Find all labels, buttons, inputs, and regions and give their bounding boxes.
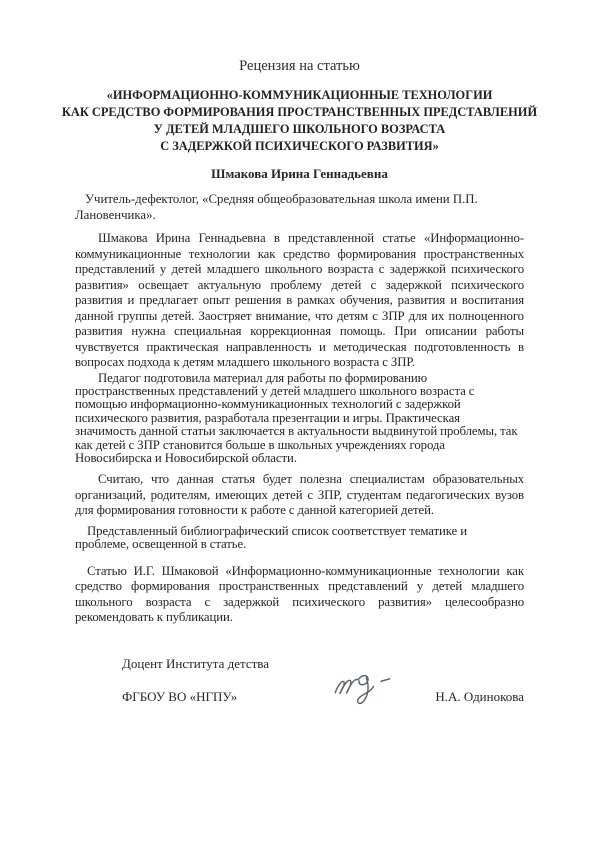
article-title-line-3: У ДЕТЕЙ МЛАДШЕГО ШКОЛЬНОГО ВОЗРАСТА [47, 121, 552, 138]
article-title: «ИНФОРМАЦИОННО-КОММУНИКАЦИОННЫЕ ТЕХНОЛОГ… [47, 87, 552, 155]
review-paragraph-4: Представленный библиографический список … [75, 525, 524, 552]
review-document-page: Рецензия на статью «ИНФОРМАЦИОННО-КОММУН… [0, 0, 600, 848]
author-name: Шмакова Ирина Геннадьевна [75, 166, 524, 182]
article-title-line-2: КАК СРЕДСТВО ФОРМИРОВАНИЯ ПРОСТРАНСТВЕНН… [47, 104, 552, 121]
review-heading: Рецензия на статью [75, 57, 524, 76]
author-position: Учитель-дефектолог, «Средняя общеобразов… [75, 191, 524, 223]
review-paragraph-5: Статью И.Г. Шмаковой «Информационно-комм… [75, 564, 524, 626]
signer-role: Доцент Института детства [122, 656, 524, 672]
signer-name: Н.А. Одинокова [435, 689, 524, 705]
signature-row: ФГБОУ ВО «НГПУ» Н.А. Одинокова [75, 689, 524, 705]
review-paragraph-1: Шмакова Ирина Геннадьевна в представленн… [75, 231, 524, 371]
review-paragraph-2: Педагог подготовила материал для работы … [75, 372, 524, 466]
document-body: Рецензия на статью «ИНФОРМАЦИОННО-КОММУН… [0, 0, 600, 705]
review-paragraph-3: Считаю, что данная статья будет полезна … [75, 472, 524, 519]
article-title-line-1: «ИНФОРМАЦИОННО-КОММУНИКАЦИОННЫЕ ТЕХНОЛОГ… [47, 87, 552, 104]
signer-organization: ФГБОУ ВО «НГПУ» [122, 689, 237, 705]
handwritten-signature-icon [330, 665, 394, 709]
signature-block: Доцент Института детства ФГБОУ ВО «НГПУ»… [75, 656, 524, 705]
article-title-line-4: С ЗАДЕРЖКОЙ ПСИХИЧЕСКОГО РАЗВИТИЯ» [47, 138, 552, 155]
